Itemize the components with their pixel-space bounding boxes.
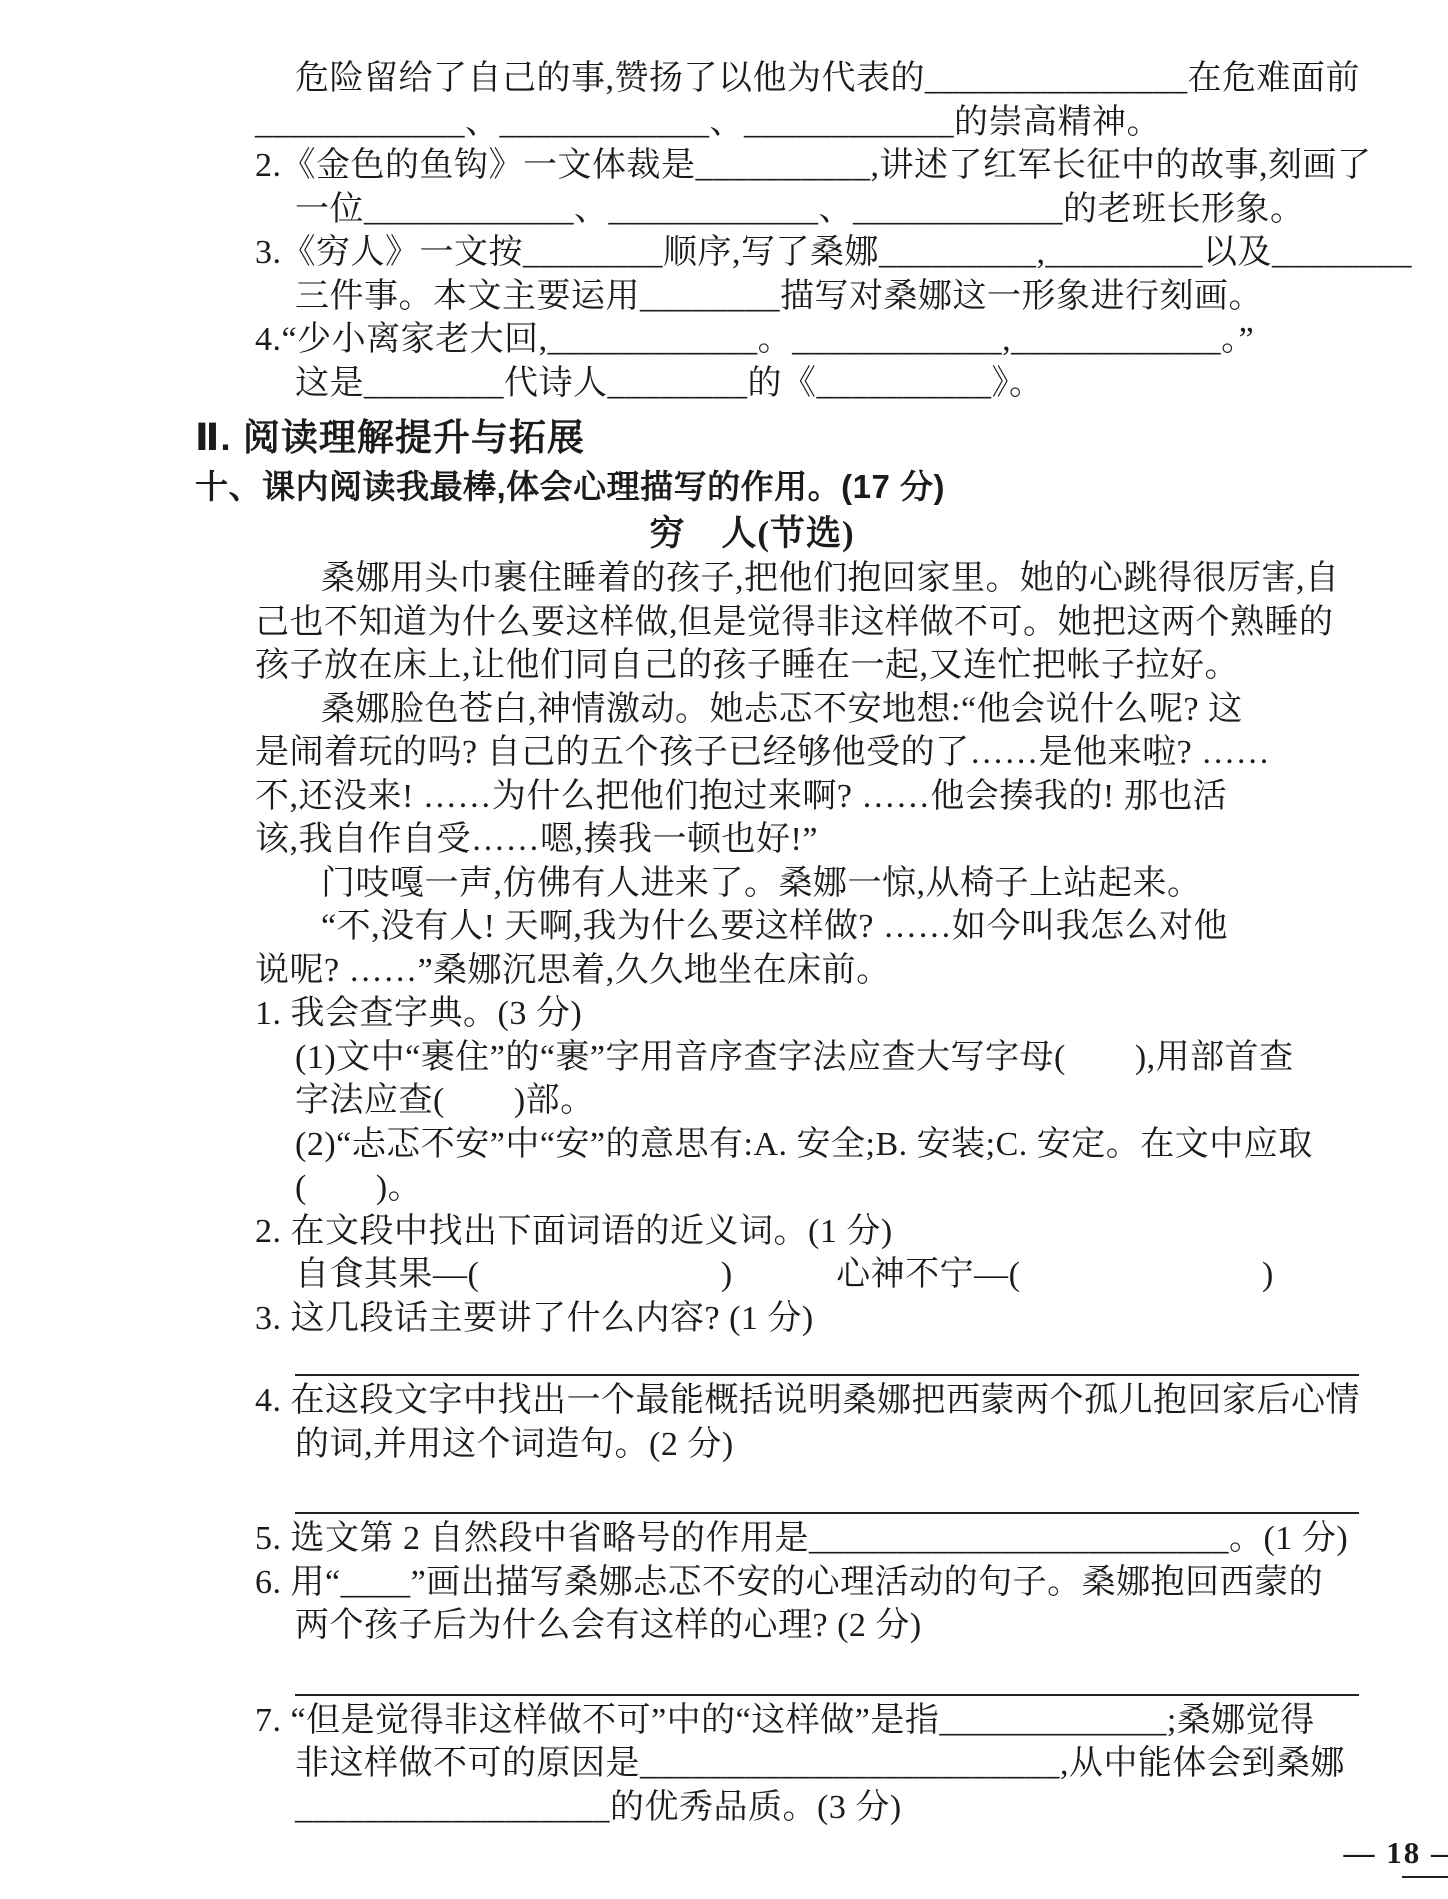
question-3: 3. 这几段话主要讲了什么内容? (1 分) xyxy=(255,1297,1359,1341)
fill-question-3-line-2: 三件事。本文主要运用________描写对桑娜这一形象进行刻画。 xyxy=(255,275,1359,319)
passage-line: 说呢? ……”桑娜沉思着,久久地坐在床前。 xyxy=(255,949,1359,993)
question-4-line-1: 4. 在这段文字中找出一个最能概括说明桑娜把西蒙两个孤儿抱回家后心情 xyxy=(255,1379,1359,1423)
passage-line: 该,我自作自受……嗯,揍我一顿也好!” xyxy=(255,818,1359,862)
passage-line: 桑娜用头巾裹住睡着的孩子,把他们抱回家里。她的心跳得很厉害,自 xyxy=(255,557,1359,601)
question-1-sub-1-line-2: 字法应查( )部。 xyxy=(255,1079,1359,1123)
fill-question-4-line-1: 4.“少小离家老大回,____________。____________,___… xyxy=(255,318,1359,362)
question-7-line-1: 7. “但是觉得非这样做不可”中的“这样做”是指_____________;桑娜… xyxy=(255,1699,1359,1743)
passage-line: 是闹着玩的吗? 自己的五个孩子已经够他受的了……是他来啦? …… xyxy=(255,731,1359,775)
question-5: 5. 选文第 2 自然段中省略号的作用是____________________… xyxy=(255,1517,1359,1561)
question-6-line-1: 6. 用“____”画出描写桑娜忐忑不安的心理活动的句子。桑娜抱回西蒙的 xyxy=(255,1561,1359,1605)
question-1: 1. 我会查字典。(3 分) xyxy=(255,992,1359,1036)
answer-line xyxy=(295,1512,1359,1514)
page-corner-rule xyxy=(1402,1876,1448,1878)
passage-line: 桑娜脸色苍白,神情激动。她忐忑不安地想:“他会说什么呢? 这 xyxy=(255,688,1359,732)
passage-line: 孩子放在床上,让他们同自己的孩子睡在一起,又连忙把帐子拉好。 xyxy=(255,644,1359,688)
question-2: 2. 在文段中找出下面词语的近义词。(1 分) xyxy=(255,1210,1359,1254)
answer-line xyxy=(295,1694,1359,1696)
passage-line: 不,还没来! ……为什么把他们抱过来啊? ……他会揍我的! 那也活 xyxy=(255,775,1359,819)
question-1-sub-2-line-1: (2)“忐忑不安”中“安”的意思有:A. 安全;B. 安装;C. 安定。在文中应… xyxy=(255,1123,1359,1167)
passage-line: 门吱嘎一声,仿佛有人进来了。桑娜一惊,从椅子上站起来。 xyxy=(255,862,1359,906)
question-7-line-2: 非这样做不可的原因是________________________,从中能体会… xyxy=(255,1742,1359,1786)
question-1-sub-1-line-1: (1)文中“裹住”的“裹”字用音序查字法应查大写字母( ),用部首查 xyxy=(255,1036,1359,1080)
fill-question-2-line-1: 2.《金色的鱼钩》一文体裁是__________,讲述了红军长征中的故事,刻画了 xyxy=(255,144,1359,188)
answer-line xyxy=(295,1374,1359,1376)
page-number: — 18 — xyxy=(1344,1833,1448,1873)
intro-line-1: 危险留给了自己的事,赞扬了以他为代表的_______________在危难面前 xyxy=(255,57,1359,101)
question-6-line-2: 两个孩子后为什么会有这样的心理? (2 分) xyxy=(255,1604,1359,1648)
fill-question-4-line-2: 这是________代诗人________的《__________》。 xyxy=(255,362,1359,406)
passage-title: 穷 人(节选) xyxy=(255,511,1359,557)
question-2-synonym-blanks: 自食其果—( ) 心神不宁—( ) xyxy=(255,1253,1359,1297)
section-2-header: Ⅱ. 阅读理解提升与拓展 xyxy=(195,413,1359,463)
question-4-line-2: 的词,并用这个词造句。(2 分) xyxy=(255,1423,1359,1467)
question-10-header: 十、课内阅读我最棒,体会心理描写的作用。(17 分) xyxy=(195,463,1359,511)
fill-question-3-line-1: 3.《穷人》一文按________顺序,写了桑娜_________,______… xyxy=(255,231,1359,275)
exam-content: 危险留给了自己的事,赞扬了以他为代表的_______________在危难面前 … xyxy=(255,57,1359,1829)
passage-line: 己也不知道为什么要这样做,但是觉得非这样做不可。她把这两个熟睡的 xyxy=(255,601,1359,645)
intro-line-2: ____________、____________、____________的崇… xyxy=(255,101,1359,145)
question-7-line-3: __________________的优秀品质。(3 分) xyxy=(255,1786,1359,1830)
question-1-sub-2-line-2: ( )。 xyxy=(255,1166,1359,1210)
passage-line: “不,没有人! 天啊,我为什么要这样做? ……如今叫我怎么对他 xyxy=(255,905,1359,949)
exam-page: 危险留给了自己的事,赞扬了以他为代表的_______________在危难面前 … xyxy=(0,0,1448,1899)
fill-question-2-line-2: 一位____________、____________、____________… xyxy=(255,188,1359,232)
